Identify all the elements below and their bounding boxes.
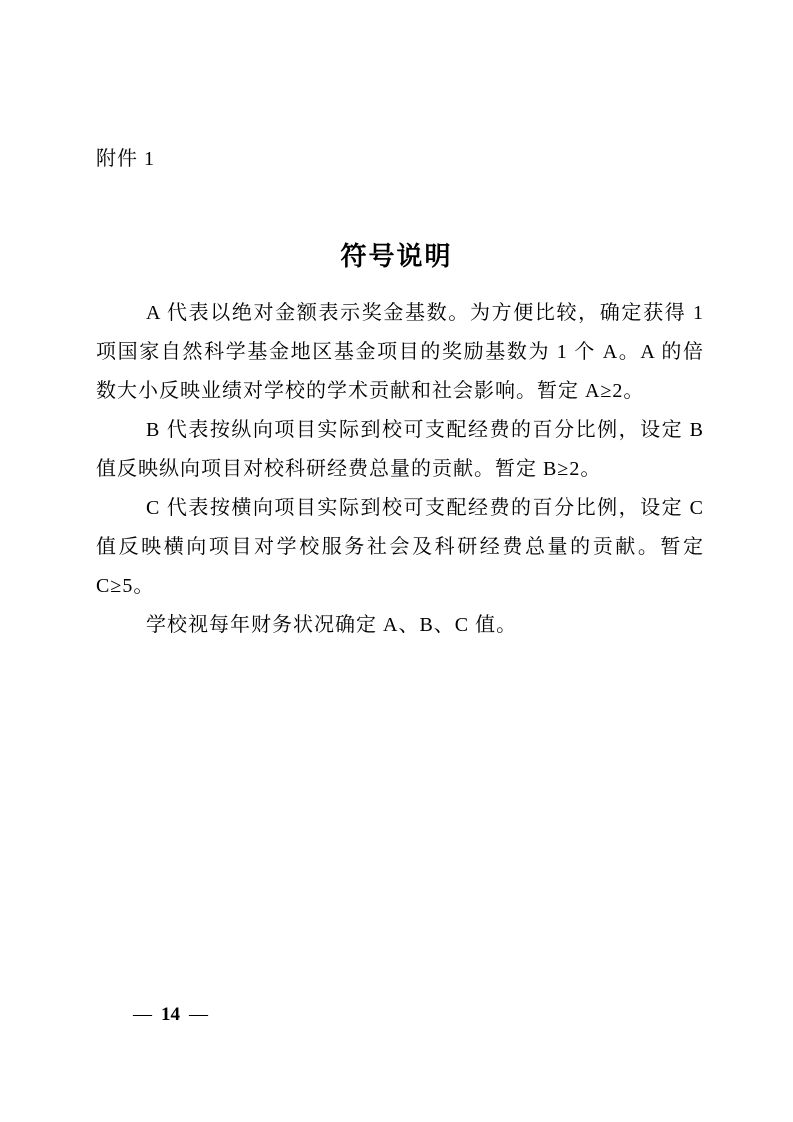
- page-title: 符号说明: [0, 236, 793, 273]
- document-body: A 代表以绝对金额表示奖金基数。为方便比较，确定获得 1 项国家自然科学基金地区…: [96, 294, 704, 645]
- page-number: 14: [152, 1004, 189, 1025]
- footer-left-dash: —: [133, 1004, 152, 1025]
- footer-right-dash: —: [189, 1004, 208, 1025]
- page-footer: —14—: [133, 1003, 208, 1027]
- paragraph-symbol-b: B 代表按纵向项目实际到校可支配经费的百分比例，设定 B 值反映纵向项目对校科研…: [96, 411, 704, 489]
- attachment-label: 附件 1: [96, 146, 155, 172]
- paragraph-symbol-c: C 代表按横向项目实际到校可支配经费的百分比例，设定 C 值反映横向项目对学校服…: [96, 489, 704, 606]
- paragraph-symbol-a: A 代表以绝对金额表示奖金基数。为方便比较，确定获得 1 项国家自然科学基金地区…: [96, 294, 704, 411]
- paragraph-abc-values: 学校视每年财务状况确定 A、B、C 值。: [96, 606, 704, 645]
- document-page: 附件 1 符号说明 A 代表以绝对金额表示奖金基数。为方便比较，确定获得 1 项…: [0, 0, 793, 1122]
